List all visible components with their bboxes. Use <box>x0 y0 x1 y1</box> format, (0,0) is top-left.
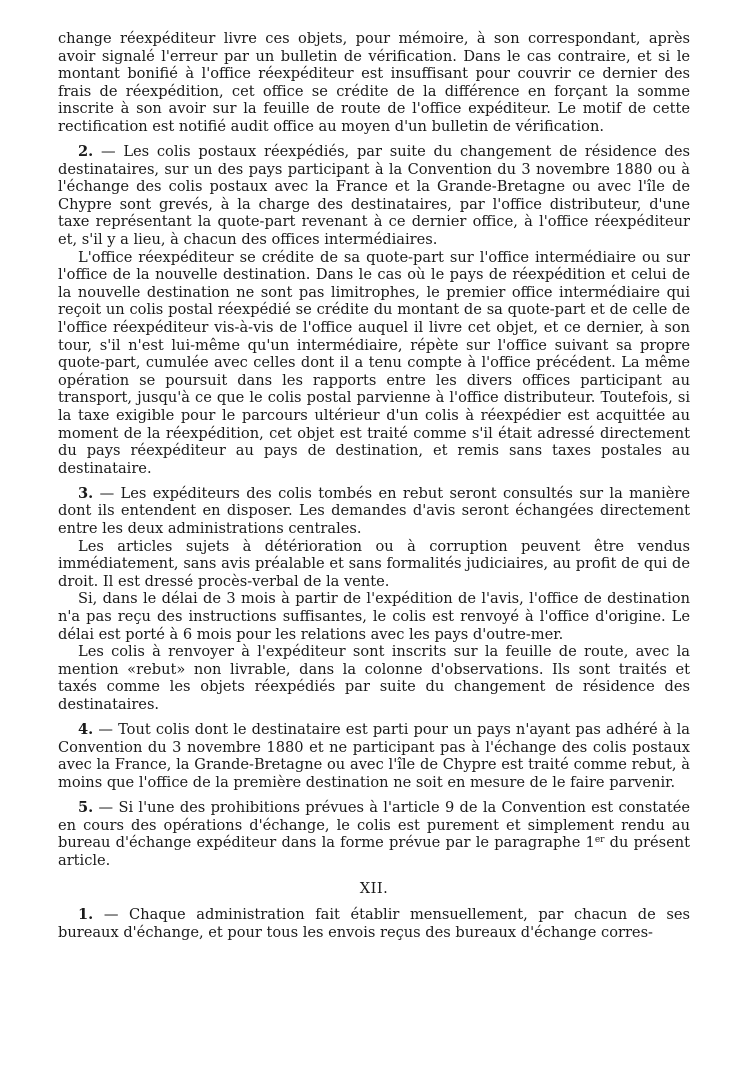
paragraph-text: L'office réexpéditeur se crédite de sa q… <box>58 249 690 477</box>
item-number: 2. <box>78 143 93 160</box>
paragraph-text: — Les colis postaux réexpédiés, par suit… <box>58 143 690 248</box>
paragraph-perishable-articles: Les articles sujets à détérioration ou à… <box>58 538 690 591</box>
paragraph-return-to-sender: Les colis à renvoyer à l'expéditeur sont… <box>58 643 690 713</box>
paragraph-item-4: 4. — Tout colis dont le destinataire est… <box>58 721 690 791</box>
paragraph-continuation: change réexpéditeur livre ces objets, po… <box>58 30 690 136</box>
document-page: change réexpéditeur livre ces objets, po… <box>58 30 690 941</box>
item-number: 5. <box>78 799 93 816</box>
paragraph-text: — Tout colis dont le destinataire est pa… <box>58 721 690 791</box>
paragraph-text: Si, dans le délai de 3 mois à partir de … <box>58 590 690 642</box>
paragraph-item-2: 2. — Les colis postaux réexpédiés, par s… <box>58 143 690 249</box>
paragraph-text: — Chaque administration fait établir men… <box>58 906 690 941</box>
paragraph-item-5: 5. — Si l'une des prohibitions prévues à… <box>58 799 690 869</box>
paragraph-text: — Les expéditeurs des colis tombés en re… <box>58 485 690 537</box>
paragraph-text: Les colis à renvoyer à l'expéditeur sont… <box>58 643 690 713</box>
section-heading: XII. <box>58 880 690 898</box>
paragraph-delay: Si, dans le délai de 3 mois à partir de … <box>58 590 690 643</box>
paragraph-text: change réexpéditeur livre ces objets, po… <box>58 30 690 135</box>
paragraph-reexpediteur-credit: L'office réexpéditeur se crédite de sa q… <box>58 249 690 478</box>
item-number: 4. <box>78 721 93 738</box>
paragraph-section-xii-item-1: 1. — Chaque administration fait établir … <box>58 906 690 941</box>
item-number: 3. <box>78 485 93 502</box>
paragraph-text: Les articles sujets à détérioration ou à… <box>58 538 690 590</box>
item-number: 1. <box>78 906 93 923</box>
paragraph-item-3: 3. — Les expéditeurs des colis tombés en… <box>58 485 690 538</box>
